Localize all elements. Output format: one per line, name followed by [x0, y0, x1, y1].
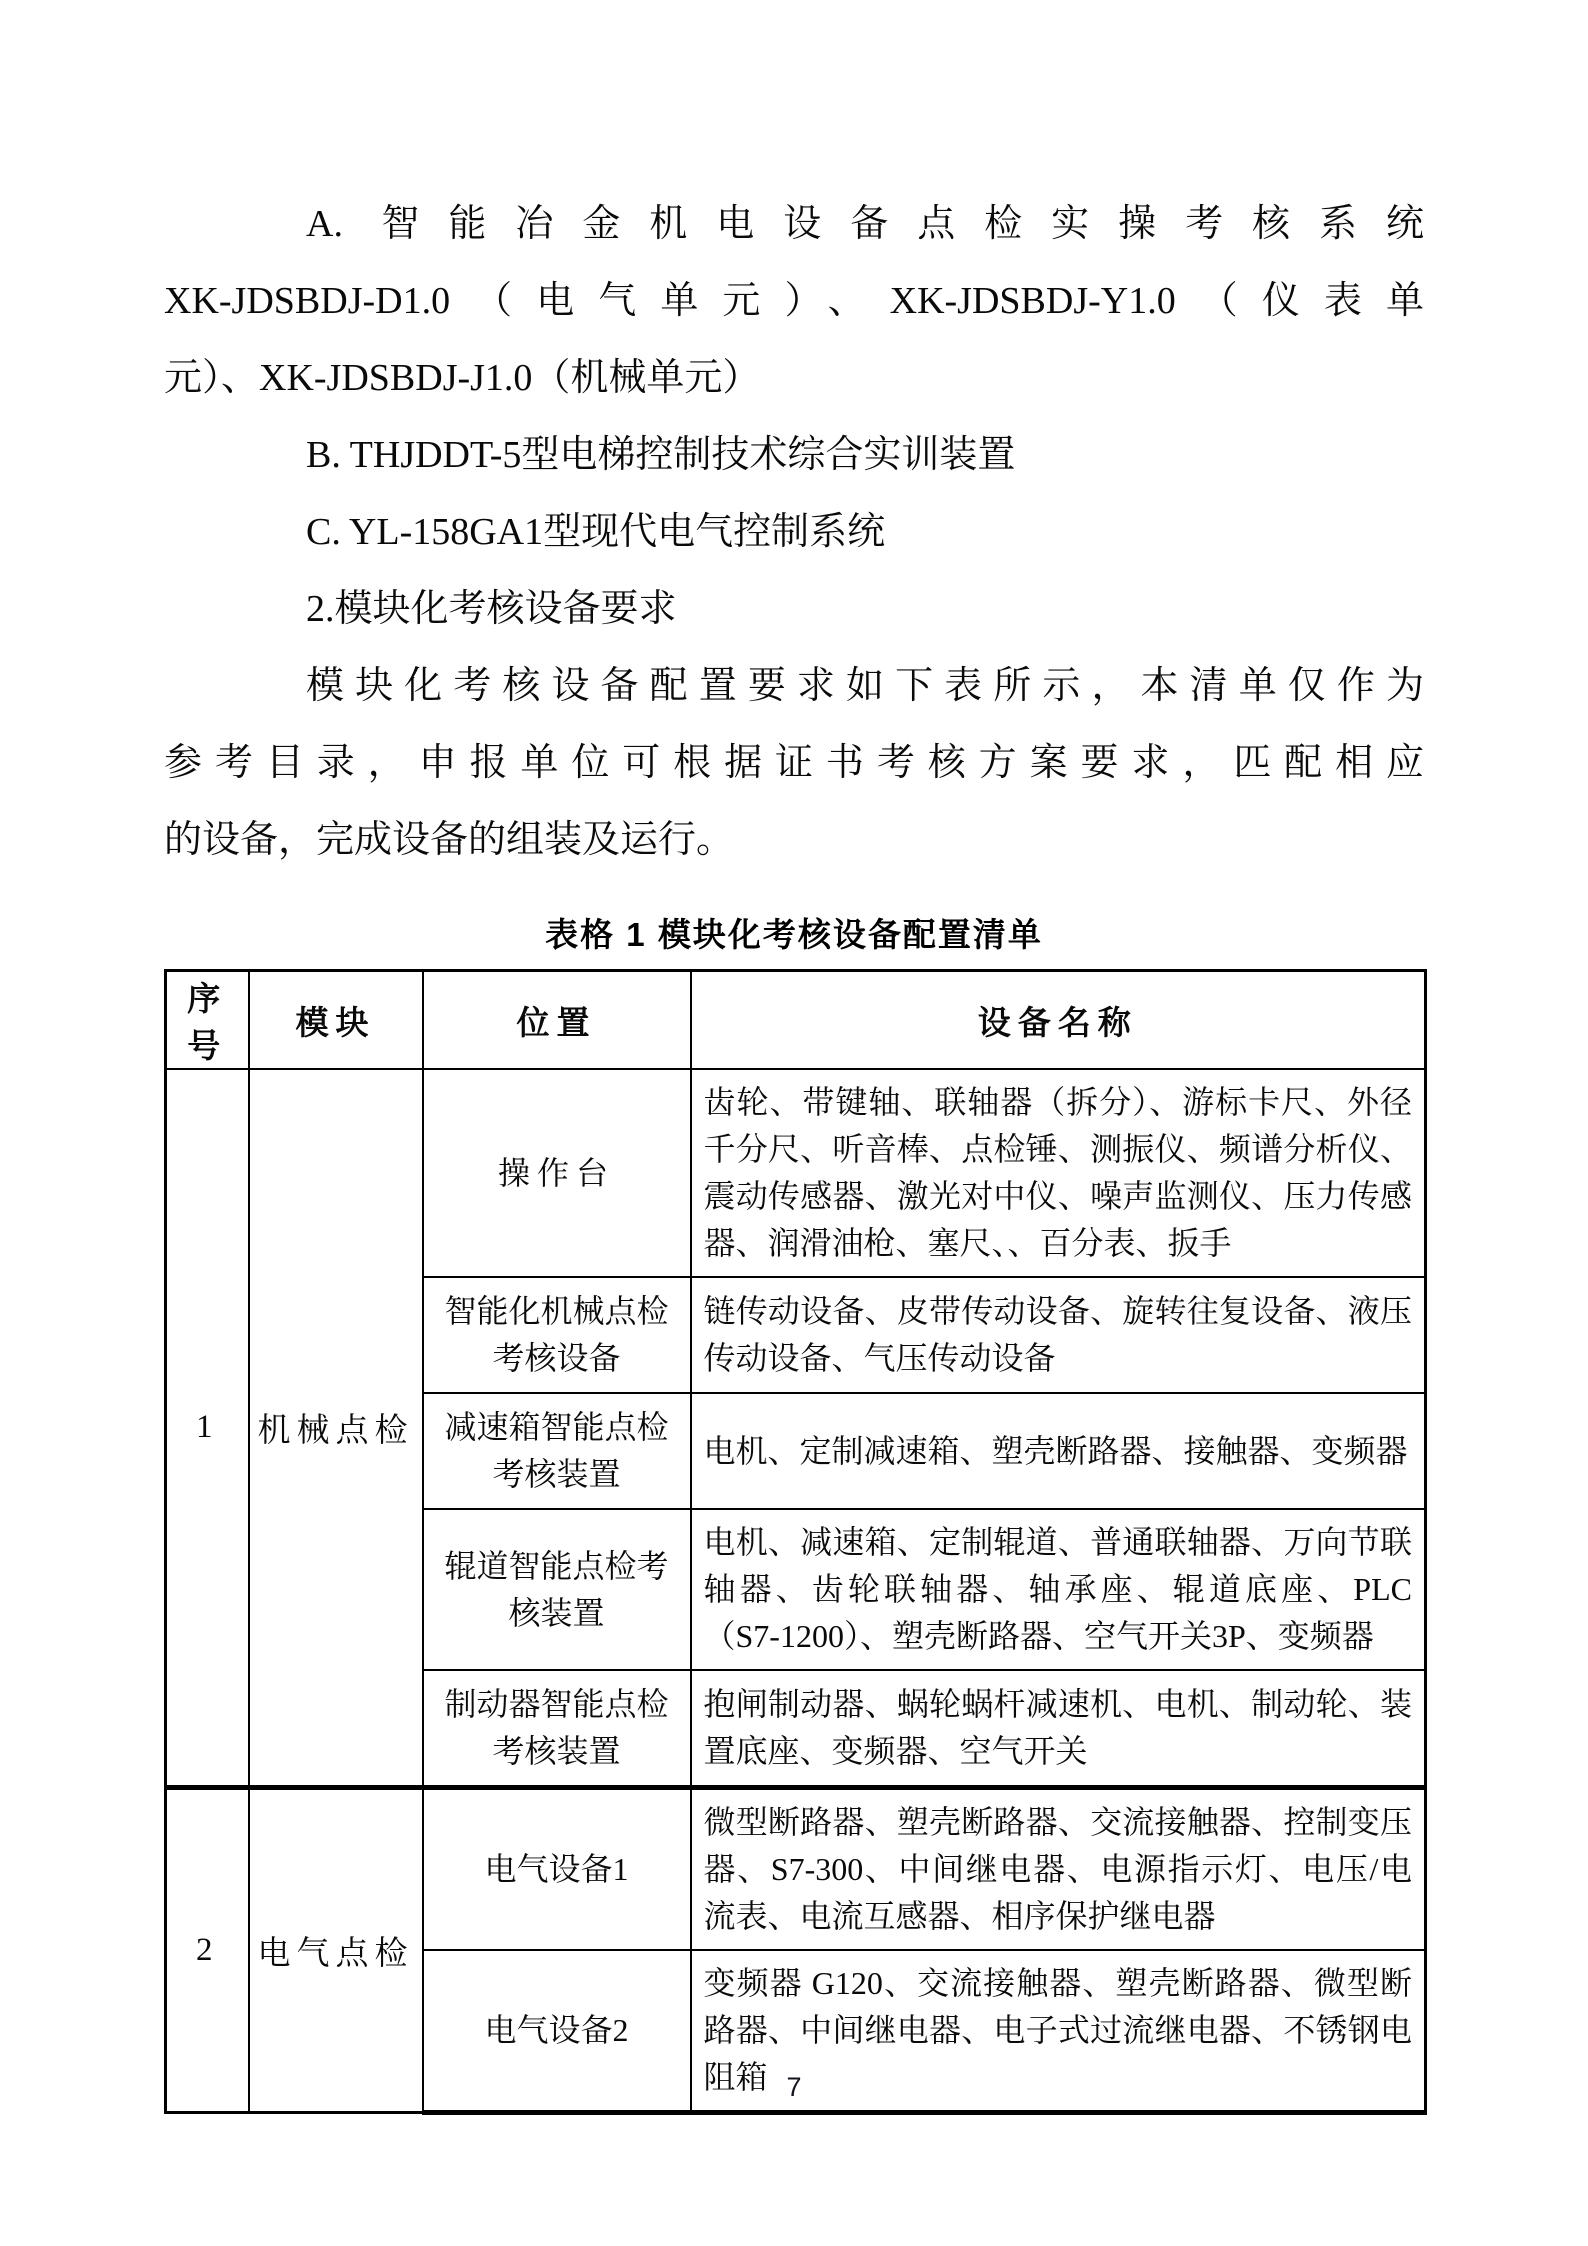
position-cell: 减速箱智能点检考核装置 [423, 1393, 691, 1509]
table-caption: 表格 1 模块化考核设备配置清单 [164, 909, 1424, 961]
text-line: C. YL-158GA1型现代电气控制系统 [164, 494, 1424, 571]
table-header-row: 序号 模块 位置 设备名称 [166, 971, 1426, 1070]
text-line: 的设备，完成设备的组装及运行。 [164, 802, 1424, 879]
page-number: 7 [0, 2072, 1588, 2103]
text-line: 参考目录，申报单位可根据证书考核方案要求，匹配相应 [164, 725, 1424, 802]
module-cell: 电气点检 [249, 1788, 423, 2113]
position-cell: 电气设备1 [423, 1788, 691, 1951]
text-line: A. 智能冶金机电设备点检实操考核系统 [164, 186, 1424, 263]
text-line: 元）、XK-JDSBDJ-J1.0（机械单元） [164, 340, 1424, 417]
equipment-table: 序号 模块 位置 设备名称 1 机械点检 操作台 齿轮、带键轴、联轴器（拆分）、… [164, 969, 1427, 2115]
position-cell: 智能化机械点检考核设备 [423, 1277, 691, 1393]
table-row: 2 电气点检 电气设备1 微型断路器、塑壳断路器、交流接触器、控制变压器、S7-… [166, 1788, 1426, 1951]
position-cell: 操作台 [423, 1069, 691, 1277]
devices-cell: 齿轮、带键轴、联轴器（拆分）、游标卡尺、外径千分尺、听音棒、点检锤、测振仪、频谱… [691, 1069, 1426, 1277]
header-module: 模块 [249, 971, 423, 1070]
serial-cell: 1 [166, 1069, 249, 1788]
devices-cell: 电机、减速箱、定制辊道、普通联轴器、万向节联轴器、齿轮联轴器、轴承座、辊道底座、… [691, 1509, 1426, 1670]
text-line: 2.模块化考核设备要求 [164, 571, 1424, 648]
header-position: 位置 [423, 971, 691, 1070]
header-serial: 序号 [166, 971, 249, 1070]
table-row: 1 机械点检 操作台 齿轮、带键轴、联轴器（拆分）、游标卡尺、外径千分尺、听音棒… [166, 1069, 1426, 1277]
text-line: B. THJDDT-5型电梯控制技术综合实训装置 [164, 417, 1424, 494]
devices-cell: 抱闸制动器、蜗轮蜗杆减速机、电机、制动轮、装置底座、变频器、空气开关 [691, 1670, 1426, 1788]
body-text: A. 智能冶金机电设备点检实操考核系统 XK-JDSBDJ-D1.0（电气单元）… [164, 0, 1424, 879]
text-line: 模块化考核设备配置要求如下表所示，本清单仅作为 [164, 648, 1424, 725]
header-device-name: 设备名称 [691, 971, 1426, 1070]
module-cell: 机械点检 [249, 1069, 423, 1788]
devices-cell: 电机、定制减速箱、塑壳断路器、接触器、变频器 [691, 1393, 1426, 1509]
devices-cell: 微型断路器、塑壳断路器、交流接触器、控制变压器、S7-300、中间继电器、电源指… [691, 1788, 1426, 1951]
text-line: XK-JDSBDJ-D1.0（电气单元）、XK-JDSBDJ-Y1.0（仪表单 [164, 263, 1424, 340]
position-cell: 制动器智能点检考核装置 [423, 1670, 691, 1788]
devices-cell: 链传动设备、皮带传动设备、旋转往复设备、液压传动设备、气压传动设备 [691, 1277, 1426, 1393]
document-page: A. 智能冶金机电设备点检实操考核系统 XK-JDSBDJ-D1.0（电气单元）… [0, 0, 1588, 2246]
position-cell: 辊道智能点检考核装置 [423, 1509, 691, 1670]
page-content: A. 智能冶金机电设备点检实操考核系统 XK-JDSBDJ-D1.0（电气单元）… [164, 0, 1424, 2115]
serial-cell: 2 [166, 1788, 249, 2113]
